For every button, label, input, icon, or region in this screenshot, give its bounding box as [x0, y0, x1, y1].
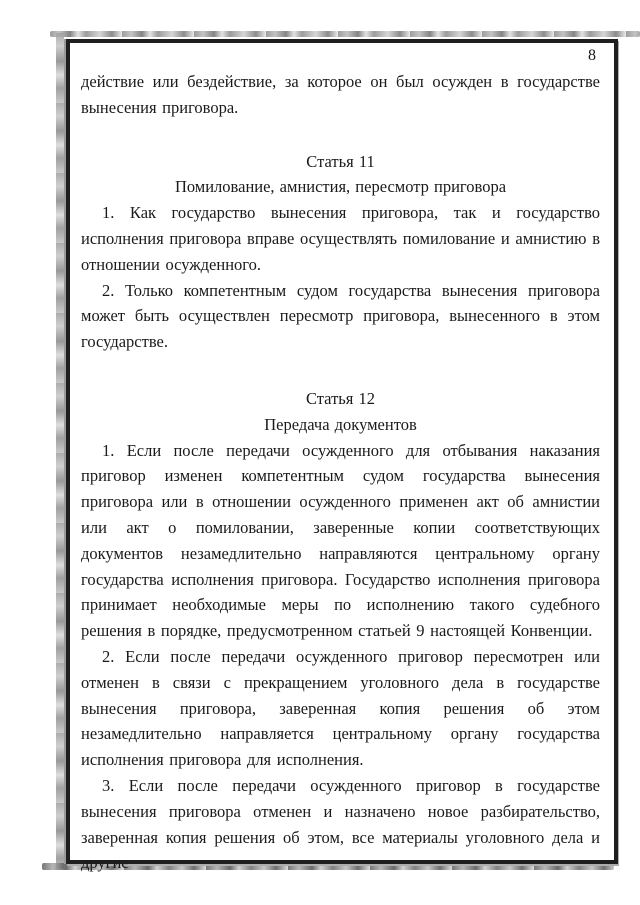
- article-11-title: Статья 11: [81, 149, 600, 175]
- article-11: Статья 11 Помилование, амнистия, пересмо…: [81, 149, 600, 355]
- scan-edge-top: [50, 31, 640, 37]
- page-number: 8: [81, 46, 596, 66]
- document-page: 8 действие или бездействие, за которое о…: [66, 39, 618, 864]
- article-11-paragraph-1: 1. Как государство вынесения приговора, …: [81, 200, 600, 277]
- article-11-paragraph-2: 2. Только компетентным судом государства…: [81, 278, 600, 355]
- scan-edge-left: [56, 33, 64, 869]
- article-12-paragraph-3: 3. Если после передачи осужденного приго…: [81, 773, 600, 876]
- article-12-paragraph-2: 2. Если после передачи осужденного приго…: [81, 644, 600, 773]
- article-12-paragraph-1: 1. Если после передачи осужденного для о…: [81, 438, 600, 644]
- article-12: Статья 12 Передача документов 1. Если по…: [81, 386, 600, 876]
- intro-paragraph: действие или бездействие, за которое он …: [81, 69, 600, 121]
- article-11-subtitle: Помилование, амнистия, пересмотр пригово…: [81, 174, 600, 200]
- article-12-subtitle: Передача документов: [81, 412, 600, 438]
- article-12-title: Статья 12: [81, 386, 600, 412]
